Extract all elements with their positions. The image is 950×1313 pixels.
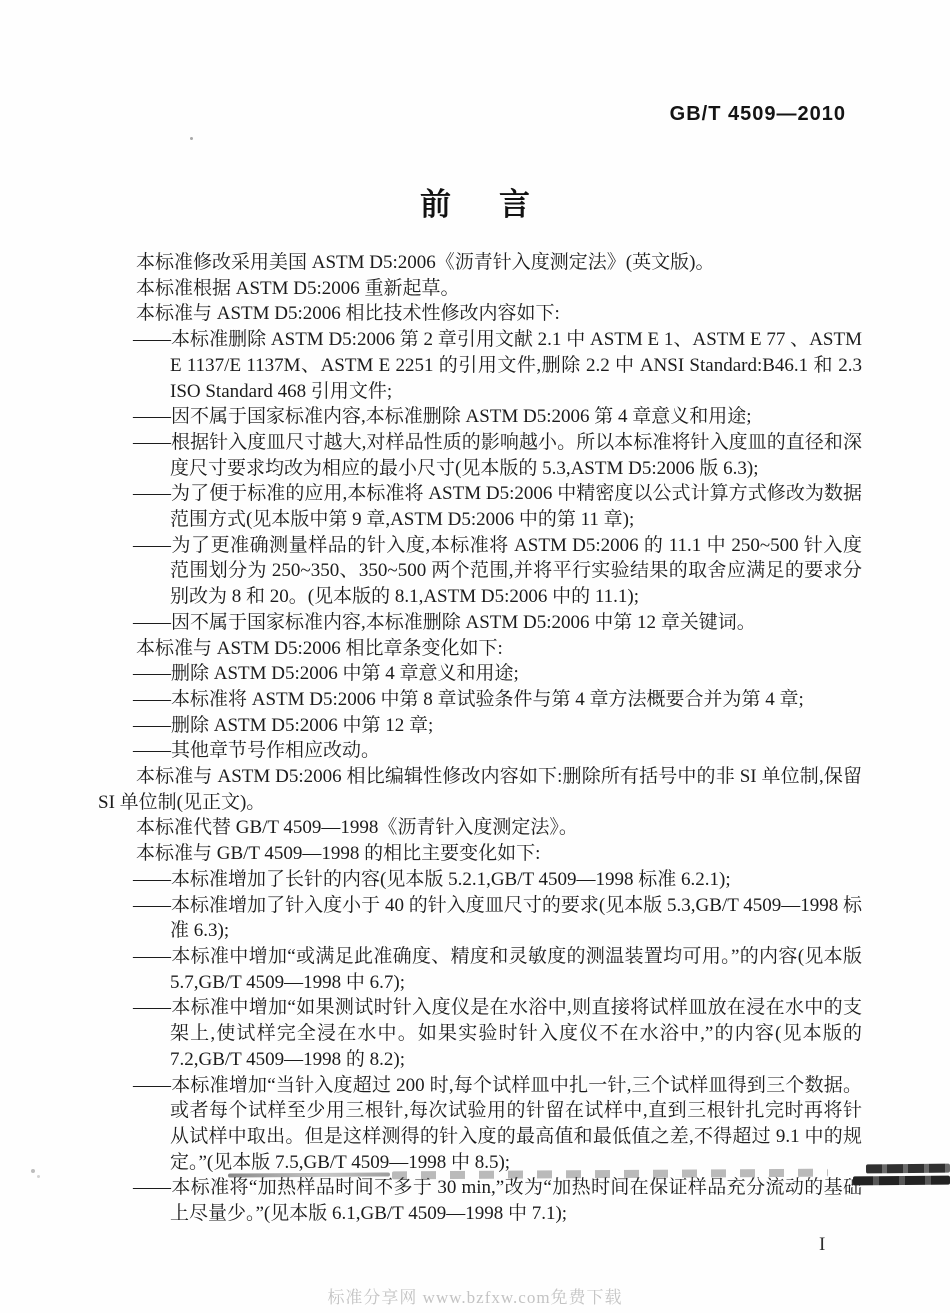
foreword-dash-item: ——根据针入度皿尺寸越大,对样品性质的影响越小。所以本标准将针入度皿的直径和深度… [98, 430, 862, 481]
foreword-dash-item: ——其他章节号作相应改动。 [98, 738, 862, 764]
scan-speck [190, 137, 193, 140]
foreword-dash-item: ——因不属于国家标准内容,本标准删除 ASTM D5:2006 第 4 章意义和… [98, 404, 862, 430]
foreword-paragraph: 本标准与 ASTM D5:2006 相比编辑性修改内容如下:删除所有括号中的非 … [98, 764, 862, 815]
foreword-title: 前 言 [0, 188, 950, 222]
foreword-dash-item: ——本标准中增加“或满足此准确度、精度和灵敏度的测温装置均可用。”的内容(见本版… [98, 944, 862, 995]
foreword-dash-item: ——本标准删除 ASTM D5:2006 第 2 章引用文献 2.1 中 AST… [98, 327, 862, 404]
foreword-title-char: 言 [499, 188, 530, 222]
foreword-dash-item: ——本标准增加了长针的内容(见本版 5.2.1,GB/T 4509—1998 标… [98, 867, 862, 893]
page-number: I [819, 1234, 825, 1256]
foreword-paragraph: 本标准代替 GB/T 4509—1998《沥青针入度测定法》。 [98, 815, 862, 841]
foreword-paragraph: 本标准根据 ASTM D5:2006 重新起草。 [98, 276, 862, 302]
foreword-body: 本标准修改采用美国 ASTM D5:2006《沥青针入度测定法》(英文版)。本标… [98, 250, 862, 1227]
scan-speck [37, 1175, 40, 1178]
watermark-text: 标准分享网 www.bzfxw.com免费下载 [0, 1283, 950, 1308]
scan-smudge-blob [866, 1164, 950, 1174]
foreword-dash-item: ——本标准增加“当针入度超过 200 时,每个试样皿中扎一针,三个试样皿得到三个… [98, 1073, 862, 1176]
foreword-paragraph: 本标准修改采用美国 ASTM D5:2006《沥青针入度测定法》(英文版)。 [98, 250, 862, 276]
foreword-dash-item: ——因不属于国家标准内容,本标准删除 ASTM D5:2006 中第 12 章关… [98, 610, 862, 636]
foreword-dash-item: ——本标准将 ASTM D5:2006 中第 8 章试验条件与第 4 章方法概要… [98, 687, 862, 713]
standard-number: GB/T 4509—2010 [670, 103, 846, 126]
foreword-dash-item: ——为了更准确测量样品的针入度,本标准将 ASTM D5:2006 的 11.1… [98, 533, 862, 610]
foreword-dash-item: ——删除 ASTM D5:2006 中第 12 章; [98, 713, 862, 739]
foreword-dash-item: ——本标准将“加热样品时间不多于 30 min,”改为“加热时间在保证样品充分流… [98, 1175, 862, 1226]
scan-speck [31, 1169, 35, 1173]
foreword-paragraph: 本标准与 ASTM D5:2006 相比技术性修改内容如下: [98, 301, 862, 327]
foreword-dash-item: ——本标准中增加“如果测试时针入度仪是在水浴中,则直接将试样皿放在浸在水中的支架… [98, 995, 862, 1072]
scan-smudge-blob [853, 1176, 950, 1186]
document-page: GB/T 4509—2010 前 言 本标准修改采用美国 ASTM D5:200… [0, 0, 950, 1313]
foreword-dash-item: ——为了便于标准的应用,本标准将 ASTM D5:2006 中精密度以公式计算方… [98, 481, 862, 532]
foreword-dash-item: ——本标准增加了针入度小于 40 的针入度皿尺寸的要求(见本版 5.3,GB/T… [98, 893, 862, 944]
foreword-paragraph: 本标准与 ASTM D5:2006 相比章条变化如下: [98, 636, 862, 662]
foreword-title-char: 前 [420, 188, 451, 222]
foreword-dash-item: ——删除 ASTM D5:2006 中第 4 章意义和用途; [98, 661, 862, 687]
foreword-paragraph: 本标准与 GB/T 4509—1998 的相比主要变化如下: [98, 841, 862, 867]
